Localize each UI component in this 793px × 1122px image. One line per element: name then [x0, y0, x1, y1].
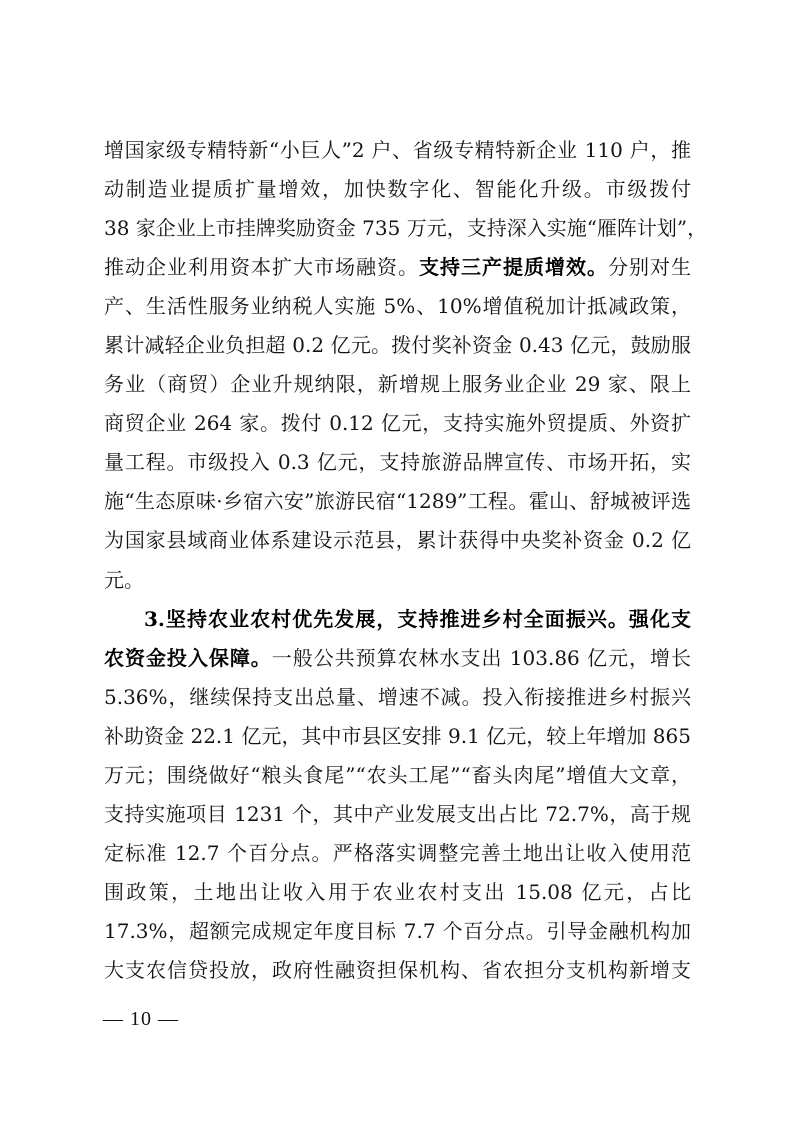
- text-line: 商贸企业 264 家。拨付 0.12 亿元，支持实施外贸提质、外资扩: [104, 404, 691, 443]
- paragraph-text: 为国家县域商业体系建设示范县，累计获得中央奖补资金 0.2 亿: [104, 528, 691, 552]
- text-line: 累计减轻企业负担超 0.2 亿元。拨付奖补资金 0.43 亿元，鼓励服: [104, 326, 691, 365]
- paragraph-text: 施“生态原味·乡宿六安”旅游民宿“1289”工程。霍山、舒城被评选: [104, 489, 691, 513]
- text-line: 量工程。市级投入 0.3 亿元，支持旅游品牌宣传、市场开拓，实: [104, 443, 691, 482]
- paragraph-text: 增国家级专精特新“小巨人”2 户、省级专精特新企业 110 户，推: [104, 138, 691, 162]
- text-line: 17.3%，超额完成规定年度目标 7.7 个百分点。引导金融机构加: [104, 912, 691, 951]
- paragraph-text: 补助资金 22.1 亿元，其中市县区安排 9.1 亿元，较上年增加 865: [104, 724, 691, 748]
- paragraph-text: 5.36%，继续保持支出总量、增速不减。投入衔接推进乡村振兴: [104, 685, 691, 709]
- paragraph-text: 累计减轻企业负担超 0.2 亿元。拨付奖补资金 0.43 亿元，鼓励服: [104, 333, 691, 357]
- text-line: 推动企业利用资本扩大市场融资。支持三产提质增效。分别对生: [104, 248, 691, 287]
- paragraph-text: 定标准 12.7 个百分点。严格落实调整完善土地出让收入使用范: [104, 841, 691, 865]
- document-page: 增国家级专精特新“小巨人”2 户、省级专精特新企业 110 户，推动制造业提质扩…: [0, 0, 793, 1122]
- paragraph-text: 万元；围绕做好“粮头食尾”“农头工尾”“畜头肉尾”增值大文章，: [104, 763, 691, 787]
- text-line: 增国家级专精特新“小巨人”2 户、省级专精特新企业 110 户，推: [104, 131, 691, 170]
- text-line: 定标准 12.7 个百分点。严格落实调整完善土地出让收入使用范: [104, 834, 691, 873]
- text-line: 农资金投入保障。一般公共预算农林水支出 103.86 亿元，增长: [104, 639, 691, 678]
- paragraph-text: 务业（商贸）企业升规纳限，新增规上服务业企业 29 家、限上: [104, 372, 691, 396]
- text-line: 产、生活性服务业纳税人实施 5%、10%增值税加计抵减政策，: [104, 287, 691, 326]
- bold-heading-text: 农资金投入保障。: [104, 646, 272, 670]
- paragraph-text: 38 家企业上市挂牌奖励资金 735 万元，支持深入实施“雁阵计划”，: [104, 216, 707, 240]
- text-line: 为国家县域商业体系建设示范县，累计获得中央奖补资金 0.2 亿: [104, 521, 691, 560]
- text-line: 动制造业提质扩量增效，加快数字化、智能化升级。市级拨付: [104, 170, 691, 209]
- bold-heading-text: 支持三产提质增效。: [419, 255, 608, 279]
- paragraph-text: 17.3%，超额完成规定年度目标 7.7 个百分点。引导金融机构加: [104, 919, 691, 943]
- text-line: 补助资金 22.1 亿元，其中市县区安排 9.1 亿元，较上年增加 865: [104, 717, 691, 756]
- text-line: 施“生态原味·乡宿六安”旅游民宿“1289”工程。霍山、舒城被评选: [104, 482, 691, 521]
- paragraph-text: 产、生活性服务业纳税人实施 5%、10%增值税加计抵减政策，: [104, 294, 691, 318]
- text-line: 大支农信贷投放，政府性融资担保机构、省农担分支机构新增支: [104, 951, 691, 990]
- text-line: 38 家企业上市挂牌奖励资金 735 万元，支持深入实施“雁阵计划”，: [104, 209, 691, 248]
- paragraph-text: 大支农信贷投放，政府性融资担保机构、省农担分支机构新增支: [104, 958, 691, 982]
- paragraph-text: 量工程。市级投入 0.3 亿元，支持旅游品牌宣传、市场开拓，实: [104, 450, 691, 474]
- page-number: — 10 —: [103, 1008, 179, 1031]
- text-line: 5.36%，继续保持支出总量、增速不减。投入衔接推进乡村振兴: [104, 678, 691, 717]
- paragraph-text: 一般公共预算农林水支出 103.86 亿元，增长: [272, 646, 691, 670]
- bold-heading-text: 3.坚持农业农村优先发展，支持推进乡村全面振兴。强化支: [144, 607, 691, 631]
- paragraph-text: 围政策，土地出让收入用于农业农村支出 15.08 亿元，占比: [104, 880, 691, 904]
- paragraph-text: 元。: [104, 568, 144, 592]
- paragraph-text: 分别对生: [608, 255, 691, 279]
- paragraph-text: 商贸企业 264 家。拨付 0.12 亿元，支持实施外贸提质、外资扩: [104, 411, 691, 435]
- paragraph-text: 支持实施项目 1231 个，其中产业发展支出占比 72.7%，高于规: [104, 802, 691, 826]
- text-line: 3.坚持农业农村优先发展，支持推进乡村全面振兴。强化支: [104, 600, 691, 639]
- text-line: 元。: [104, 561, 691, 600]
- paragraph-text: 推动企业利用资本扩大市场融资。: [104, 255, 419, 279]
- text-line: 围政策，土地出让收入用于农业农村支出 15.08 亿元，占比: [104, 873, 691, 912]
- paragraph-text: 动制造业提质扩量增效，加快数字化、智能化升级。市级拨付: [104, 177, 691, 201]
- text-line: 万元；围绕做好“粮头食尾”“农头工尾”“畜头肉尾”增值大文章，: [104, 756, 691, 795]
- text-line: 支持实施项目 1231 个，其中产业发展支出占比 72.7%，高于规: [104, 795, 691, 834]
- body-text: 增国家级专精特新“小巨人”2 户、省级专精特新企业 110 户，推动制造业提质扩…: [104, 131, 691, 990]
- text-line: 务业（商贸）企业升规纳限，新增规上服务业企业 29 家、限上: [104, 365, 691, 404]
